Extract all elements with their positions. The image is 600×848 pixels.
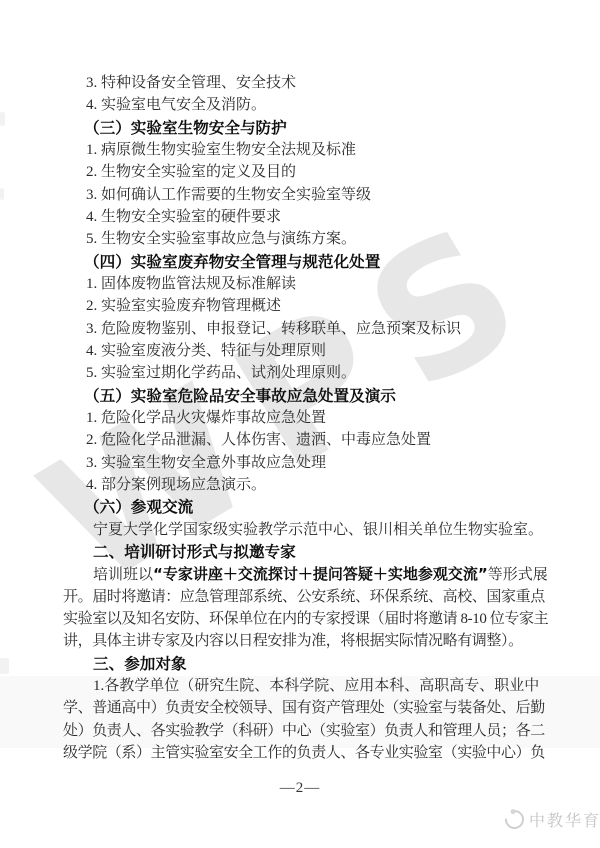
text-line: 3. 如何确认工作需要的生物安全实验室等级 [86, 184, 541, 206]
text-line: 5. 生物安全实验室事故应急与演练方案。 [86, 228, 541, 250]
text-line: 4. 实验室废液分类、特征与处理原则 [86, 340, 541, 362]
scan-artifact [0, 188, 4, 200]
page-number: —2— [0, 780, 600, 797]
text-line: 学、普通高中）负责安全校领导、国有资产管理处（实验室与装备处、后勤 [63, 697, 541, 719]
emphasized-text: “专家讲座＋交流探讨＋提问答疑＋实地参观交流” [153, 565, 488, 583]
text-line: 2. 危险化学品泄漏、人体伤害、遗洒、中毒应急处置 [86, 429, 541, 451]
text-line: 1. 固体废物监管法规及标准解读 [86, 273, 541, 295]
brand-name: 中教华育 [529, 808, 600, 831]
text-line: 1. 病原微生物实验室生物安全法规及标准 [86, 139, 541, 161]
text-line: 4. 生物安全实验室的硬件要求 [86, 206, 541, 228]
text-line: 1. 危险化学品火灾爆炸事故应急处置 [86, 407, 541, 429]
text-line: 2. 实验室实验废弃物管理概述 [86, 295, 541, 317]
text-line: 开。届时将邀请：应急管理部系统、公安系统、环保系统、高校、国家重点 [63, 586, 541, 608]
brand-watermark: 中教华育 [505, 808, 600, 831]
section-heading: 二、培训研讨形式与拟邀专家 [93, 541, 541, 563]
swirl-logo-icon [501, 806, 528, 833]
text-line: 5. 实验室过期化学药品、试剂处理原则。 [86, 362, 541, 384]
section-heading: （四）实验室废弃物安全管理与规范化处置 [84, 251, 541, 273]
section-heading: （六）参观交流 [84, 496, 541, 518]
text-line: 2. 生物安全实验室的定义及目的 [86, 161, 541, 183]
section-heading: 三、参加对象 [93, 653, 541, 675]
text-segment: 培训班以 [93, 567, 153, 583]
text-segment: 等形式展 [488, 567, 548, 583]
section-heading: （五）实验室危险品安全事故应急处置及演示 [84, 385, 541, 407]
text-line: 3. 危险废物鉴别、申报登记、转移联单、应急预案及标识 [86, 318, 541, 340]
text-line: 讲，具体主讲专家及内容以日程安排为准，将根据实际情况略有调整）。 [63, 630, 541, 652]
text-line: 3. 实验室生物安全意外事故应急处理 [86, 452, 541, 474]
section-heading: （三）实验室生物安全与防护 [84, 117, 541, 139]
document-body: 3. 特种设备安全管理、安全技术4. 实验室电气安全及消防。（三）实验室生物安全… [63, 72, 541, 764]
document-page: WPS 3. 特种设备安全管理、安全技术4. 实验室电气安全及消防。（三）实验室… [0, 0, 600, 848]
text-line: 3. 特种设备安全管理、安全技术 [86, 72, 541, 94]
text-line: 4. 实验室电气安全及消防。 [86, 94, 541, 116]
text-line: 实验室以及知名安防、环保单位在内的专家授课（届时将邀请 8-10 位专家主 [63, 608, 541, 630]
text-line: 宁夏大学化学国家级实验教学示范中心、银川相关单位生物实验室。 [93, 519, 541, 541]
scan-artifact [0, 658, 9, 674]
text-line: 4. 部分案例现场应急演示。 [86, 474, 541, 496]
scan-artifact [0, 112, 5, 126]
text-line: 培训班以“专家讲座＋交流探讨＋提问答疑＋实地参观交流”等形式展 [93, 563, 541, 585]
text-line: 处）负责人、各实验教学（科研）中心（实验室）负责人和管理人员；各二 [63, 720, 541, 742]
text-line: 级学院（系）主管实验室安全工作的负责人、各专业实验室（实验中心）负 [63, 742, 541, 764]
text-line: 1.各教学单位（研究生院、本科学院、应用本科、高职高专、职业中 [93, 675, 541, 697]
